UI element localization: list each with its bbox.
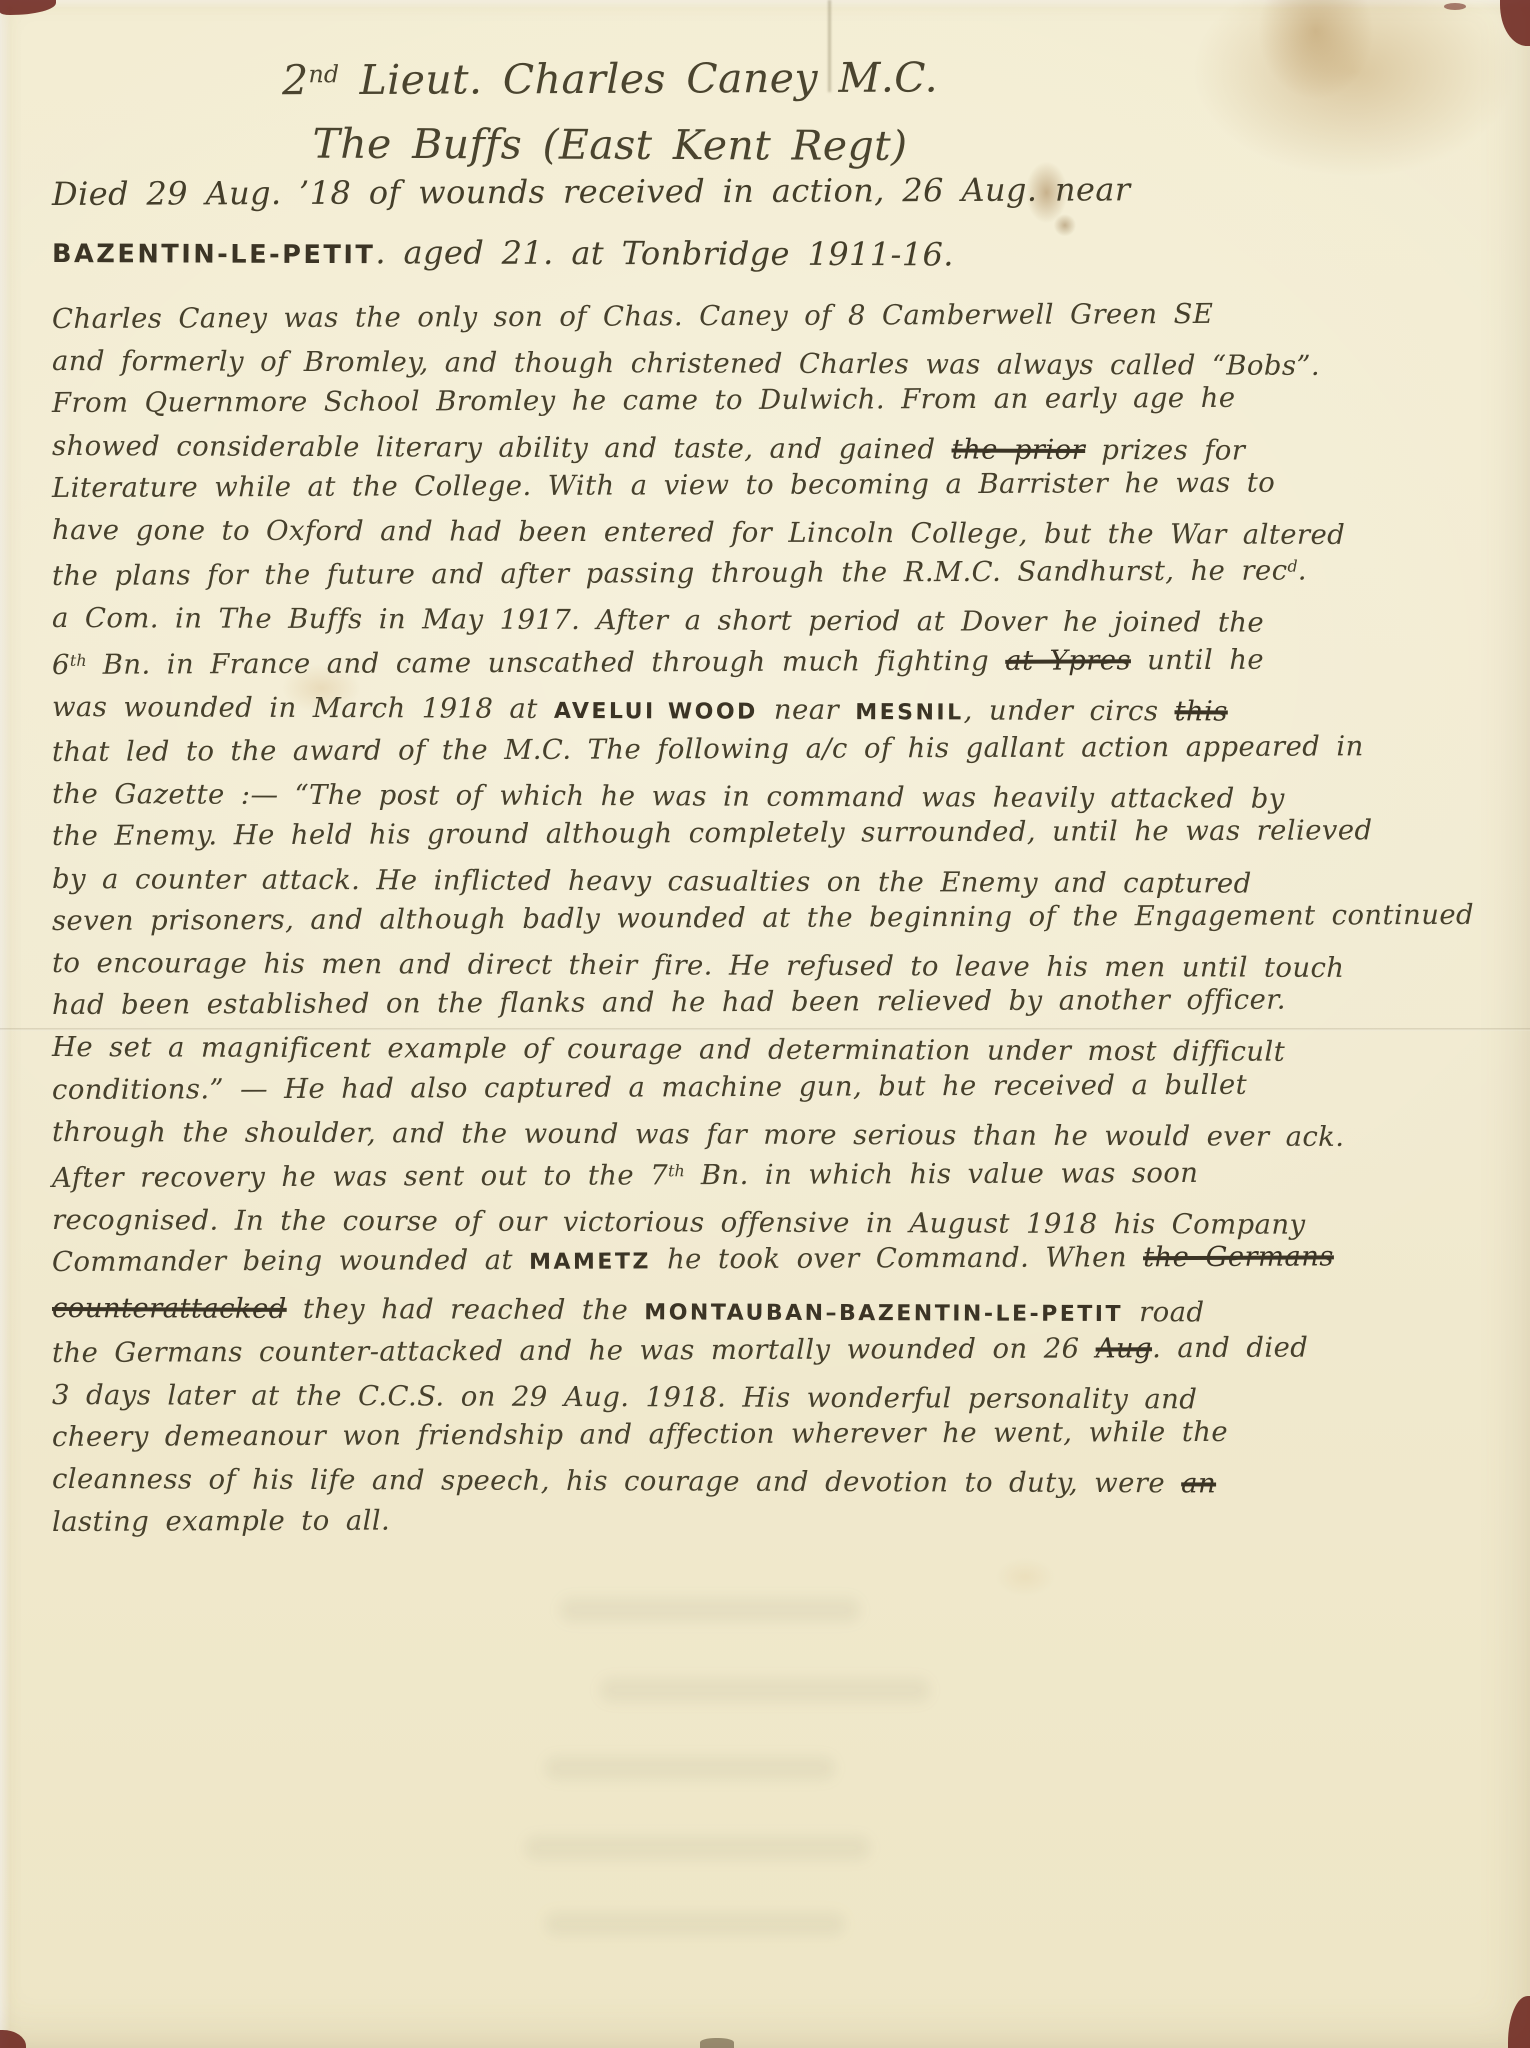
handwritten-text: 2 [282, 56, 309, 104]
scanned-manuscript: { "document": { "kind": "handwritten mem… [0, 0, 1530, 2048]
body-line-9: 6th Bn. in France and came unscathed thr… [52, 633, 1496, 685]
handwritten-text: was wounded in March 1918 at [52, 691, 554, 725]
handwritten-text: Charles Caney was the only son of Chas. … [52, 298, 1213, 335]
photo-mount-mark [1444, 3, 1466, 10]
handwritten-text: seven prisoners, and although badly woun… [52, 899, 1474, 937]
handwritten-text: showed considerable literary ability and… [52, 430, 952, 465]
handwritten-text: Bn. in France and came unscathed through… [87, 644, 1006, 680]
body-line-25: the Germans counter-attacked and he was … [52, 1325, 1496, 1374]
handwritten-text: Bn. in which his value was soon [685, 1157, 1199, 1191]
show-through-ghost [545, 1756, 835, 1780]
handwritten-text: conditions.” — He had also captured a ma… [52, 1068, 1247, 1105]
handwritten-text: road [1123, 1296, 1205, 1328]
crossed-out-text: this [1174, 695, 1227, 727]
handwritten-text: they had reached the [287, 1292, 645, 1325]
body-line-27: cheery demeanour won friendship and affe… [52, 1410, 1496, 1459]
handwritten-text: the plans for the future and after passi… [52, 555, 1288, 592]
body-line-23: Commander being wounded at MAMETZ he too… [52, 1235, 1496, 1287]
block-capitals-text: BAZENTIN-LE-PETIT [52, 239, 376, 270]
superscript-text: th [668, 1161, 685, 1180]
body-line-11: that led to the award of the M.C. The fo… [52, 725, 1496, 774]
handwritten-text: 6 [52, 648, 70, 680]
stamp-mark-bottom [700, 2038, 734, 2048]
body-line-13: the Enemy. He held his ground although c… [52, 809, 1496, 858]
handwritten-text: From Quernmore School Bromley he came to… [52, 382, 1236, 419]
handwritten-text: cleanness of his life and speech, his co… [52, 1463, 1181, 1499]
block-capitals-text: AVELUI WOOD [554, 699, 758, 725]
subheader-line-1: Died 29 Aug. ’18 of wounds received in a… [52, 160, 1480, 223]
body-line-7: the plans for the future and after passi… [52, 545, 1496, 597]
show-through-ghost [560, 1598, 860, 1622]
handwritten-text: Died 29 Aug. ’18 of wounds received in a… [52, 170, 1131, 213]
handwritten-text: near [758, 693, 856, 725]
handwritten-text: the Gazette :— “The post of which he was… [52, 778, 1285, 815]
body-line-29: lasting example to all. [52, 1494, 1496, 1543]
handwritten-text: a Com. in The Buffs in May 1917. After a… [52, 602, 1264, 639]
superscript-text: d [1287, 557, 1297, 576]
handwritten-text: , under circs [964, 694, 1175, 727]
handwritten-text: he took over Command. When [651, 1242, 1143, 1276]
body-line-21: After recovery he was sent out to the 7t… [52, 1147, 1496, 1199]
handwritten-text: He set a magnificent example of courage … [52, 1031, 1285, 1068]
manuscript-header: 2nd Lieut. Charles Caney M.C.The Buffs (… [150, 44, 1070, 174]
block-capitals-text: MONTAUBAN–BAZENTIN-LE-PETIT [644, 1300, 1123, 1327]
superscript-text: nd [308, 60, 339, 88]
handwritten-text: . and died [1152, 1331, 1308, 1364]
handwritten-text: the Enemy. He held his ground although c… [52, 815, 1373, 853]
crossed-out-text: the Germans [1143, 1241, 1334, 1274]
handwritten-text: Lieut. Charles Caney M.C. [339, 53, 938, 104]
crossed-out-text: at Ypres [1005, 644, 1131, 677]
block-capitals-text: MAMETZ [529, 1250, 651, 1276]
handwritten-text: that led to the award of the M.C. The fo… [52, 730, 1364, 768]
crossed-out-text: counterattacked [52, 1292, 287, 1325]
show-through-ghost [525, 1836, 870, 1860]
handwritten-text: by a counter attack. He inflicted heavy … [52, 863, 1252, 900]
header-line-1: 2nd Lieut. Charles Caney M.C. [150, 40, 1070, 112]
manuscript-subheader: Died 29 Aug. ’18 of wounds received in a… [52, 166, 1480, 283]
handwritten-text: cheery demeanour won friendship and affe… [52, 1416, 1228, 1453]
crossed-out-text: Aug [1096, 1332, 1153, 1364]
handwritten-text: the Germans counter-attacked and he was … [52, 1332, 1096, 1369]
body-line-19: conditions.” — He had also captured a ma… [52, 1062, 1496, 1111]
handwritten-text: had been established on the flanks and h… [52, 984, 1286, 1021]
block-capitals-text: MESNIL [855, 700, 963, 725]
handwritten-text: . aged 21. at Tonbridge 1911-16. [375, 233, 954, 273]
manuscript-body: Charles Caney was the only son of Chas. … [52, 298, 1496, 1543]
superscript-text: th [70, 650, 87, 669]
handwritten-text: After recovery he was sent out to the 7 [52, 1159, 668, 1194]
body-line-1: Charles Caney was the only son of Chas. … [52, 292, 1496, 341]
handwritten-text: lasting example to all. [52, 1504, 390, 1537]
body-line-17: had been established on the flanks and h… [52, 978, 1496, 1027]
body-line-5: Literature while at the College. With a … [52, 461, 1496, 510]
handwritten-text: Literature while at the College. With a … [52, 466, 1275, 503]
body-line-3: From Quernmore School Bromley he came to… [52, 376, 1496, 425]
handwritten-text: until he [1131, 643, 1264, 676]
handwritten-text: 3 days later at the C.C.S. on 29 Aug. 19… [52, 1379, 1197, 1415]
subheader-line-2: BAZENTIN-LE-PETIT. aged 21. at Tonbridge… [52, 223, 1480, 288]
crossed-out-text: the prior [951, 433, 1085, 466]
handwritten-text: . [1298, 555, 1307, 587]
body-line-15: seven prisoners, and although badly woun… [52, 893, 1496, 942]
show-through-ghost [545, 1912, 845, 1936]
handwritten-text: Commander being wounded at [52, 1244, 529, 1278]
show-through-ghost [600, 1678, 930, 1702]
